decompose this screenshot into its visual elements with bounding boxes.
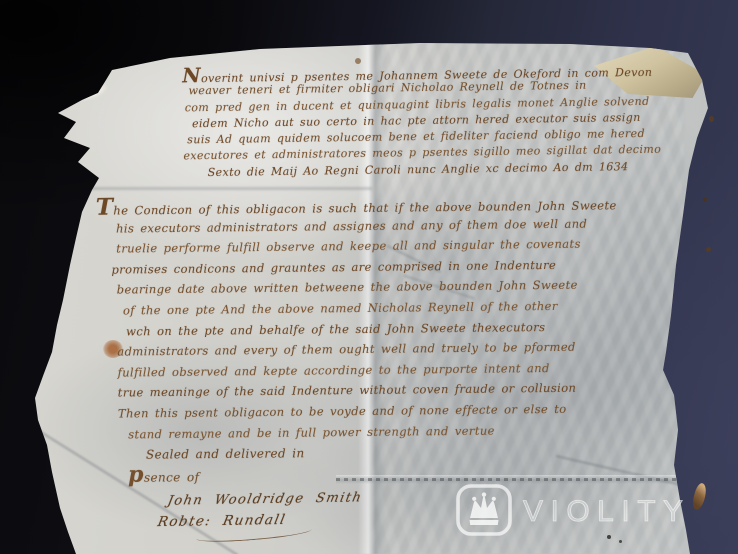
ink-stain xyxy=(619,540,622,543)
latin-obligation-paragraph: Noverint univsi p psentes me Johannem Sw… xyxy=(182,61,661,182)
manuscript-photo: Noverint univsi p psentes me Johannem Sw… xyxy=(0,0,738,554)
horizontal-crease xyxy=(82,187,372,190)
manuscript-line: psence of xyxy=(128,463,305,485)
stitched-fold-line xyxy=(336,475,688,484)
manuscript-line: Sealed and delivered in xyxy=(128,443,305,465)
condition-paragraph: The Condicon of this obligacon is such t… xyxy=(96,192,619,445)
parchment-document: Noverint univsi p psentes me Johannem Sw… xyxy=(0,0,738,554)
attestation-block: Sealed and delivered in psence of xyxy=(128,443,305,485)
debris-speck xyxy=(709,116,714,122)
debris-speck xyxy=(706,247,711,252)
debris-speck xyxy=(703,197,707,202)
ink-stain xyxy=(355,58,361,64)
witness-signature: John Wooldridge Smith xyxy=(166,490,363,508)
ink-stain xyxy=(607,535,611,539)
